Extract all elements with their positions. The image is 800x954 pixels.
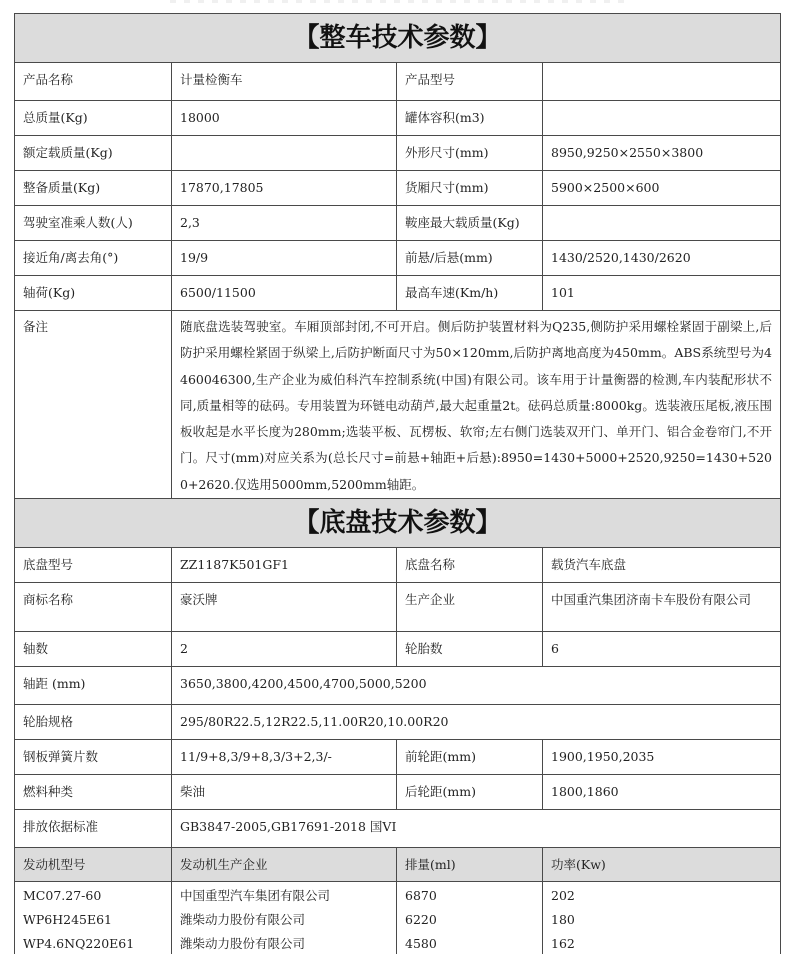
field-value: 5900×2500×600 (543, 171, 781, 206)
field-label: 接近角/离去角(°) (15, 241, 172, 276)
vehicle-section-header: 【整车技术参数】 (15, 14, 781, 63)
field-value: 中国重汽集团济南卡车股份有限公司 (543, 583, 781, 632)
engine-row: WP6H245E61 潍柴动力股份有限公司 6220 180 (15, 907, 781, 931)
field-value: 19/9 (172, 241, 397, 276)
field-value (543, 206, 781, 241)
table-row: 轴荷(Kg) 6500/11500 最高车速(Km/h) 101 (15, 276, 781, 311)
engine-displacement: 6220 (397, 907, 543, 931)
field-value: GB3847-2005,GB17691-2018 国VI (172, 810, 781, 848)
field-label: 底盘名称 (397, 548, 543, 583)
field-label: 额定载质量(Kg) (15, 136, 172, 171)
engine-power: 180 (543, 907, 781, 931)
field-label: 前悬/后悬(mm) (397, 241, 543, 276)
spec-table: 【整车技术参数】 产品名称 计量检衡车 产品型号 总质量(Kg) 18000 罐… (14, 13, 781, 954)
field-label: 驾驶室准乘人数(人) (15, 206, 172, 241)
field-label: 底盘型号 (15, 548, 172, 583)
engine-table-header: 发动机型号 发动机生产企业 排量(ml) 功率(Kw) (15, 848, 781, 882)
table-row: 燃料种类 柴油 后轮距(mm) 1800,1860 (15, 775, 781, 810)
column-header: 功率(Kw) (543, 848, 781, 882)
table-row: 底盘型号 ZZ1187K501GF1 底盘名称 载货汽车底盘 (15, 548, 781, 583)
field-label: 总质量(Kg) (15, 101, 172, 136)
section-title: 【整车技术参数】 (15, 14, 781, 63)
field-label: 轴荷(Kg) (15, 276, 172, 311)
field-value (543, 63, 781, 101)
field-value: 6500/11500 (172, 276, 397, 311)
engine-displacement: 4580 (397, 931, 543, 954)
field-value: 2,3 (172, 206, 397, 241)
field-label: 后轮距(mm) (397, 775, 543, 810)
cropped-top-text (170, 0, 630, 3)
table-row: 钢板弹簧片数 11/9+8,3/9+8,3/3+2,3/- 前轮距(mm) 19… (15, 740, 781, 775)
section-title: 【底盘技术参数】 (15, 499, 781, 548)
remarks-text: 随底盘选装驾驶室。车厢顶部封闭,不可开启。侧后防护装置材料为Q235,侧防护采用… (172, 311, 781, 499)
field-value: 101 (543, 276, 781, 311)
table-row: 轴数 2 轮胎数 6 (15, 632, 781, 667)
field-label: 产品型号 (397, 63, 543, 101)
engine-model: MC07.27-60 (15, 882, 172, 908)
wheelbase-row: 轴距 (mm) 3650,3800,4200,4500,4700,5000,52… (15, 667, 781, 705)
emission-row: 排放依据标准 GB3847-2005,GB17691-2018 国VI (15, 810, 781, 848)
field-label: 生产企业 (397, 583, 543, 632)
field-label: 外形尺寸(mm) (397, 136, 543, 171)
field-value: 1900,1950,2035 (543, 740, 781, 775)
engine-maker: 潍柴动力股份有限公司 (172, 907, 397, 931)
engine-displacement: 6870 (397, 882, 543, 908)
field-value: 17870,17805 (172, 171, 397, 206)
field-value: 载货汽车底盘 (543, 548, 781, 583)
engine-model: WP4.6NQ220E61 (15, 931, 172, 954)
remarks-label: 备注 (15, 311, 172, 499)
field-label: 轴距 (mm) (15, 667, 172, 705)
field-label: 商标名称 (15, 583, 172, 632)
field-value: 18000 (172, 101, 397, 136)
field-value: 豪沃牌 (172, 583, 397, 632)
field-value: 1800,1860 (543, 775, 781, 810)
engine-row: WP4.6NQ220E61 潍柴动力股份有限公司 4580 162 (15, 931, 781, 954)
field-value: 柴油 (172, 775, 397, 810)
table-row: 额定载质量(Kg) 外形尺寸(mm) 8950,9250×2550×3800 (15, 136, 781, 171)
table-row: 驾驶室准乘人数(人) 2,3 鞍座最大载质量(Kg) (15, 206, 781, 241)
field-value (172, 136, 397, 171)
field-value: 3650,3800,4200,4500,4700,5000,5200 (172, 667, 781, 705)
engine-model: WP6H245E61 (15, 907, 172, 931)
field-value: 2 (172, 632, 397, 667)
engine-maker: 潍柴动力股份有限公司 (172, 931, 397, 954)
field-label: 货厢尺寸(mm) (397, 171, 543, 206)
engine-power: 202 (543, 882, 781, 908)
field-label: 整备质量(Kg) (15, 171, 172, 206)
table-row: 产品名称 计量检衡车 产品型号 (15, 63, 781, 101)
field-value (543, 101, 781, 136)
field-value: 计量检衡车 (172, 63, 397, 101)
field-value: 8950,9250×2550×3800 (543, 136, 781, 171)
field-value: 11/9+8,3/9+8,3/3+2,3/- (172, 740, 397, 775)
field-value: 1430/2520,1430/2620 (543, 241, 781, 276)
engine-row: MC07.27-60 中国重型汽车集团有限公司 6870 202 (15, 882, 781, 908)
field-label: 燃料种类 (15, 775, 172, 810)
remarks-row: 备注 随底盘选装驾驶室。车厢顶部封闭,不可开启。侧后防护装置材料为Q235,侧防… (15, 311, 781, 499)
field-value: 295/80R22.5,12R22.5,11.00R20,10.00R20 (172, 705, 781, 740)
field-label: 轴数 (15, 632, 172, 667)
tire-spec-row: 轮胎规格 295/80R22.5,12R22.5,11.00R20,10.00R… (15, 705, 781, 740)
field-label: 排放依据标准 (15, 810, 172, 848)
field-label: 轮胎规格 (15, 705, 172, 740)
column-header: 发动机型号 (15, 848, 172, 882)
column-header: 排量(ml) (397, 848, 543, 882)
column-header: 发动机生产企业 (172, 848, 397, 882)
field-label: 轮胎数 (397, 632, 543, 667)
field-label: 罐体容积(m3) (397, 101, 543, 136)
field-label: 钢板弹簧片数 (15, 740, 172, 775)
field-label: 最高车速(Km/h) (397, 276, 543, 311)
field-value: 6 (543, 632, 781, 667)
field-value: ZZ1187K501GF1 (172, 548, 397, 583)
field-label: 前轮距(mm) (397, 740, 543, 775)
table-row: 整备质量(Kg) 17870,17805 货厢尺寸(mm) 5900×2500×… (15, 171, 781, 206)
engine-maker: 中国重型汽车集团有限公司 (172, 882, 397, 908)
engine-power: 162 (543, 931, 781, 954)
table-row: 接近角/离去角(°) 19/9 前悬/后悬(mm) 1430/2520,1430… (15, 241, 781, 276)
table-row: 总质量(Kg) 18000 罐体容积(m3) (15, 101, 781, 136)
chassis-section-header: 【底盘技术参数】 (15, 499, 781, 548)
field-label: 鞍座最大载质量(Kg) (397, 206, 543, 241)
field-label: 产品名称 (15, 63, 172, 101)
table-row: 商标名称 豪沃牌 生产企业 中国重汽集团济南卡车股份有限公司 (15, 583, 781, 632)
